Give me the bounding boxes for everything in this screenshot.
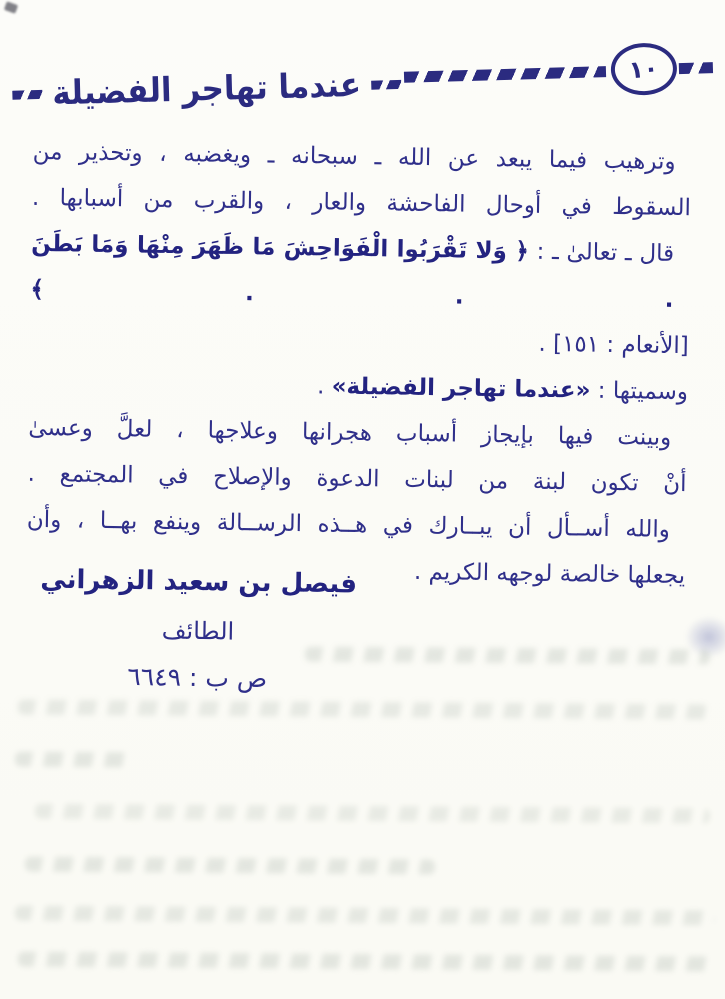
quran-quote-line: قال ـ تعالىٰ ـ : ﴿ وَلا تَقْرَبُوا الْفَ… [30,221,690,323]
rope-divider [404,66,606,83]
bleedthrough-line [15,752,135,768]
title-ornament-right [371,79,401,89]
page-number-badge: ١٠ [610,42,677,96]
page-header: ١٠ عندما تهاجر الفضيلة [11,38,713,116]
bleedthrough-line [15,906,715,926]
header-title-wrap: عندما تهاجر الفضيلة [12,66,402,113]
bleedthrough-line [25,857,435,875]
verse-intro: قال ـ تعالىٰ ـ : [529,239,675,267]
rope-stub-right [679,62,713,74]
naming-suffix: . [317,373,332,399]
book-title: عندما تهاجر الفضيلة [52,66,362,113]
bleedthrough-line [35,804,710,824]
author-name: فيصل بن سعيد الزهراني [28,553,369,610]
bleedthrough-line [18,952,716,972]
bleedthrough-line [18,700,708,720]
scan-speck [4,1,18,14]
bleedthrough-line [305,647,710,665]
naming-prefix: وسميتها : [590,378,688,406]
book-page: ١٠ عندما تهاجر الفضيلة وترهيب فيما يبعد … [0,0,725,999]
title-ornament-left [12,89,42,99]
naming-book-title: «عندما تهاجر الفضيلة» [331,374,590,404]
page-number: ١٠ [628,54,660,85]
page-body: وترهيب فيما يبعد عن الله ـ سبحانه ـ ويغض… [26,129,692,599]
signature-block: فيصل بن سعيد الزهراني الطائف ص ب : ٦٦٤٩ [27,553,369,704]
